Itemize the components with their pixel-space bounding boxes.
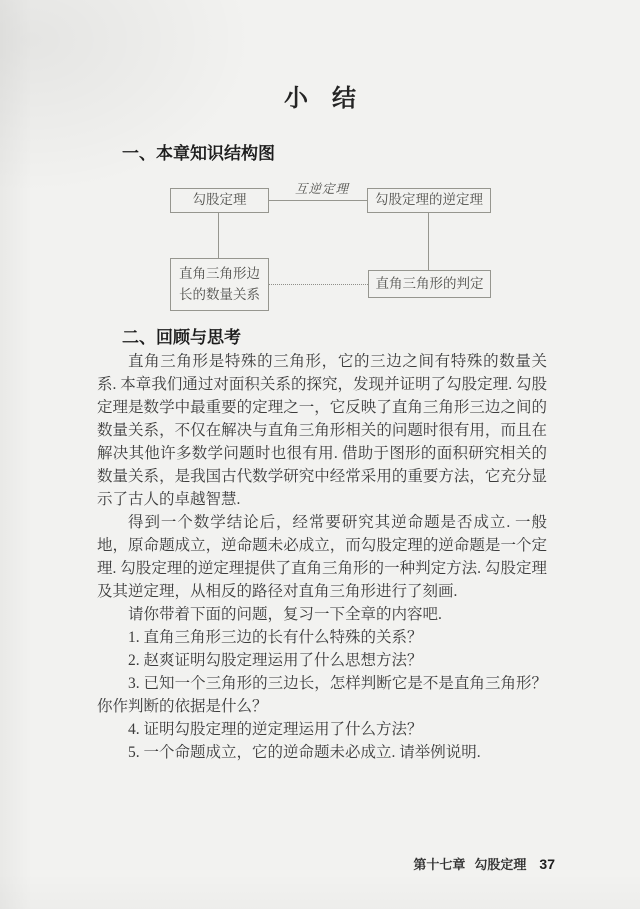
connector-line-vertical-left — [218, 213, 219, 258]
pythagorean-theorem-box: 勾股定理 — [170, 188, 269, 213]
question-3-number: 3. — [128, 675, 140, 692]
question-3-text: 已知一个三角形的三边长，怎样判断它是不是直角三角形？你作判断的依据是什么？ — [97, 675, 547, 715]
question-3: 3. 已知一个三角形的三边长，怎样判断它是不是直角三角形？你作判断的依据是什么？ — [97, 672, 547, 718]
textbook-page: 小 结 一、本章知识结构图 勾股定理 互逆定理 勾股定理的逆定理 直角三角形边长… — [0, 0, 640, 909]
question-2: 2. 赵爽证明勾股定理运用了什么思想方法？ — [97, 649, 547, 672]
question-2-text: 赵爽证明勾股定理运用了什么思想方法？ — [144, 652, 423, 669]
paragraph-2: 得到一个数学结论后，经常要研究其逆命题是否成立. 一般地，原命题成立，逆命题未必… — [97, 511, 547, 603]
question-4-text: 证明勾股定理的逆定理运用了什么方法？ — [144, 721, 423, 738]
connector-line-dotted — [269, 284, 368, 285]
question-5-text: 一个命题成立，它的逆命题未必成立. 请举例说明. — [144, 744, 481, 761]
question-5: 5. 一个命题成立，它的逆命题未必成立. 请举例说明. — [97, 741, 547, 764]
footer-chapter-number: 第十七章 — [413, 857, 465, 872]
side-length-relation-box: 直角三角形边长的数量关系 — [170, 258, 269, 311]
question-4-number: 4. — [128, 721, 140, 738]
connector-line-horizontal — [269, 200, 367, 201]
review-content: 直角三角形是特殊的三角形，它的三边之间有特殊的数量关系. 本章我们通过对面积关系… — [97, 350, 547, 764]
footer-page-number: 37 — [539, 856, 555, 872]
knowledge-structure-diagram: 勾股定理 互逆定理 勾股定理的逆定理 直角三角形边长的数量关系 直角三角形的判定 — [0, 182, 640, 314]
connector-line-vertical-right — [428, 213, 429, 270]
question-4: 4. 证明勾股定理的逆定理运用了什么方法？ — [97, 718, 547, 741]
right-triangle-judgment-box: 直角三角形的判定 — [368, 270, 491, 298]
converse-theorem-box: 勾股定理的逆定理 — [367, 188, 491, 213]
question-5-number: 5. — [128, 744, 140, 761]
question-1: 1. 直角三角形三边的长有什么特殊的关系？ — [97, 626, 547, 649]
page-footer: 第十七章勾股定理37 — [413, 856, 555, 873]
question-1-number: 1. — [128, 629, 140, 646]
paragraph-3: 请你带着下面的问题，复习一下全章的内容吧. — [97, 603, 547, 626]
section-heading-review: 二、回顾与思考 — [122, 328, 241, 347]
section-heading-structure: 一、本章知识结构图 — [122, 144, 275, 163]
paragraph-1: 直角三角形是特殊的三角形，它的三边之间有特殊的数量关系. 本章我们通过对面积关系… — [97, 350, 547, 511]
inverse-theorems-label: 互逆定理 — [282, 179, 362, 197]
page-title: 小 结 — [0, 84, 640, 114]
question-2-number: 2. — [128, 652, 140, 669]
question-1-text: 直角三角形三边的长有什么特殊的关系？ — [144, 629, 423, 646]
footer-chapter-title: 勾股定理 — [474, 857, 526, 872]
